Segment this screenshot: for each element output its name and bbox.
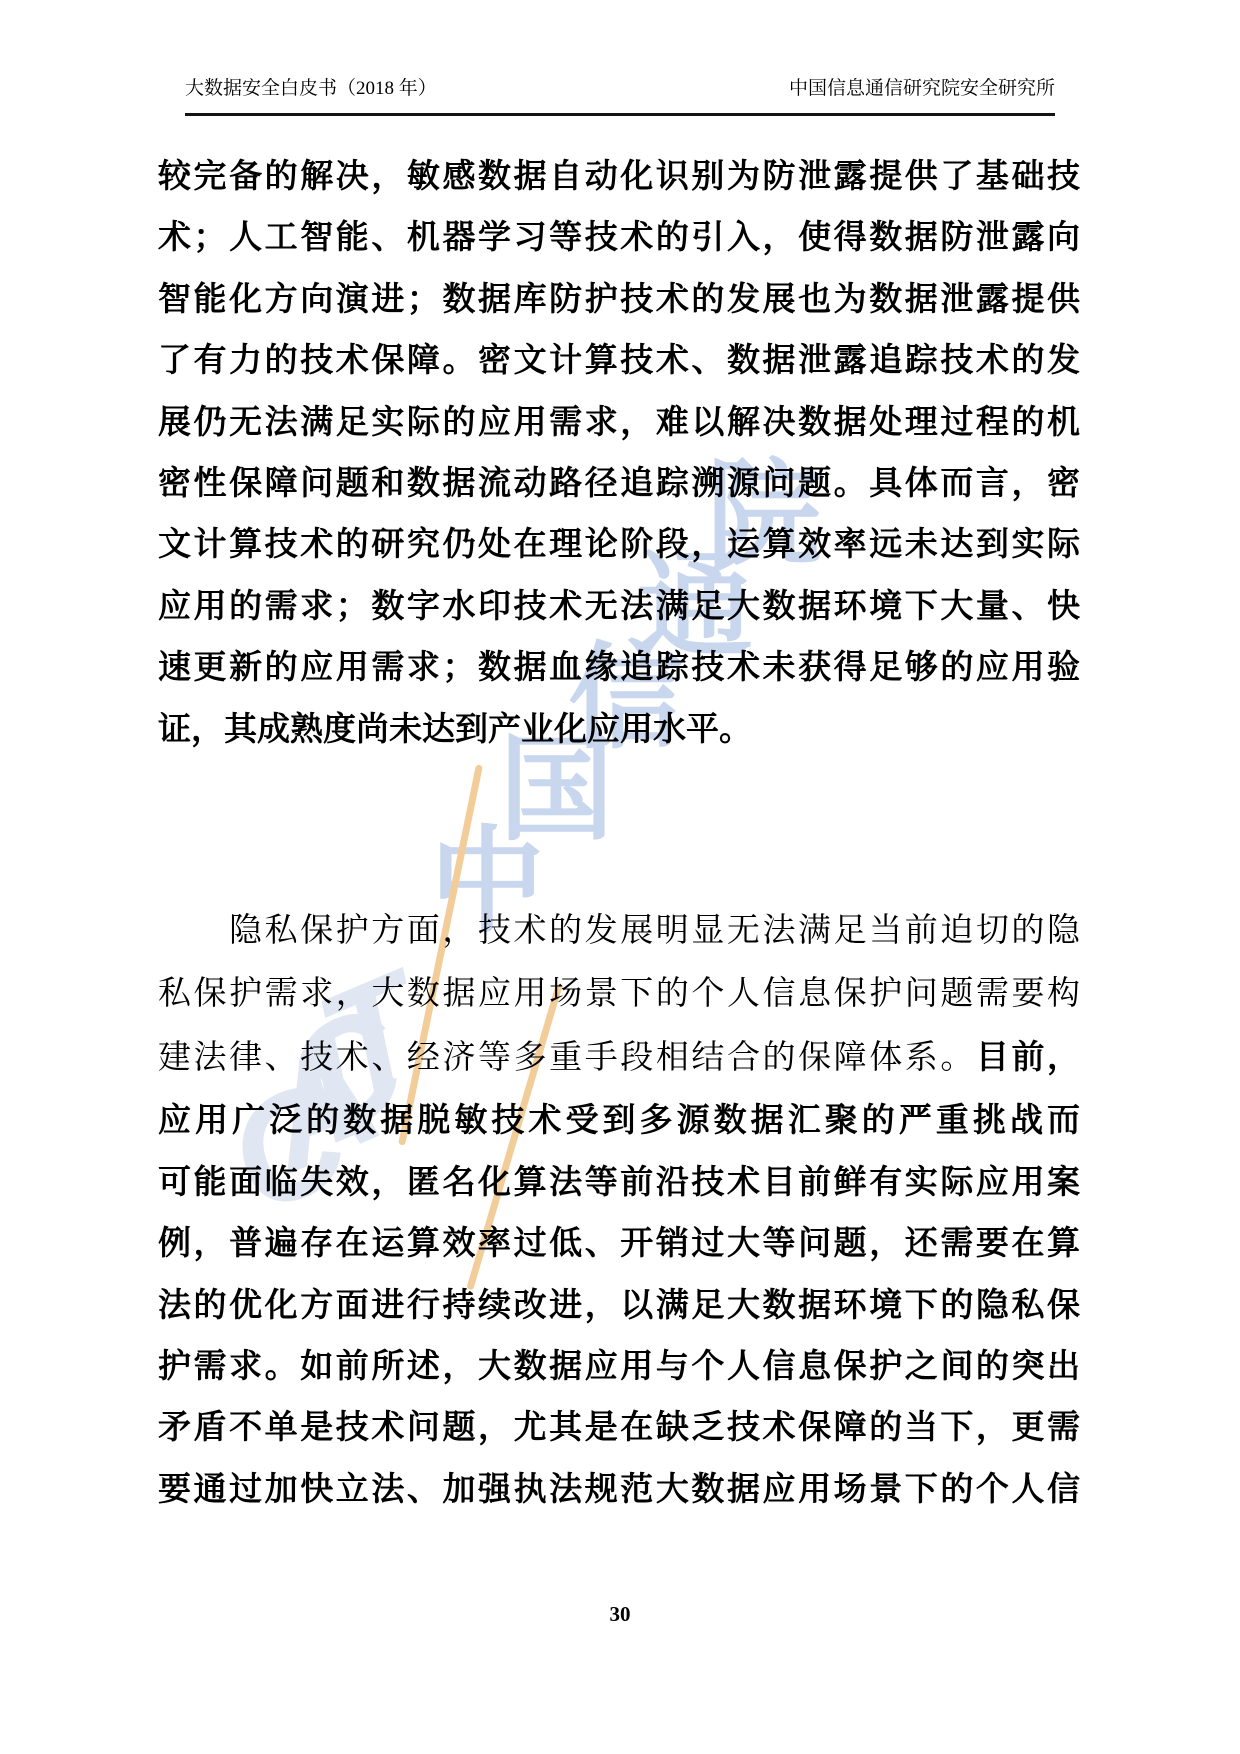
text-line: 较完备的解决，敏感数据自动化识别为防泄露提供了基础技 bbox=[158, 145, 1080, 206]
text-segment-hei: 护需求。如前所述，大数据应用与个人信息保护之间的突出 bbox=[158, 1347, 1080, 1384]
text-segment-hei: 了有力的技术保障。密文计算技术、数据泄露追踪技术的发 bbox=[158, 341, 1080, 378]
text-line: 智能化方向演进；数据库防护技术的发展也为数据泄露提供 bbox=[158, 268, 1080, 329]
body-paragraph: 隐私保护方面，技术的发展明显无法满足当前迫切的隐私保护需求，大数据应用场景下的个… bbox=[158, 899, 1080, 1519]
text-segment-hei: 法的优化方面进行持续改进，以满足大数据环境下的隐私保 bbox=[158, 1286, 1080, 1323]
body-text: 较完备的解决，敏感数据自动化识别为防泄露提供了基础技术；人工智能、机器学习等技术… bbox=[158, 145, 1080, 1519]
text-segment-hei: 可能面临失效，匿名化算法等前沿技术目前鲜有实际应用案 bbox=[158, 1163, 1080, 1200]
text-segment-hei: 密性保障问题和数据流动路径追踪溯源问题。具体而言，密 bbox=[158, 464, 1080, 501]
header-rule bbox=[185, 113, 1055, 116]
text-segment-kai: 建法律、技术、经济等多重手段相结合的保障体系。 bbox=[158, 1040, 976, 1076]
text-line: 例，普遍存在运算效率过低、开销过大等问题，还需要在算 bbox=[158, 1212, 1080, 1273]
text-segment-hei: 文计算技术的研究仍处在理论阶段，运算效率远未达到实际 bbox=[158, 525, 1080, 562]
text-segment-hei: 展仍无法满足实际的应用需求，难以解决数据处理过程的机 bbox=[158, 403, 1080, 440]
header-right-title: 中国信息通信研究院安全研究所 bbox=[789, 76, 1055, 102]
text-line: 隐私保护方面，技术的发展明显无法满足当前迫切的隐 bbox=[158, 899, 1080, 962]
text-segment-kai: 私保护需求，大数据应用场景下的个人信息保护问题需要构 bbox=[158, 976, 1080, 1012]
text-segment-hei: 例，普遍存在运算效率过低、开销过大等问题，还需要在算 bbox=[158, 1224, 1080, 1261]
page-number: 30 bbox=[0, 1602, 1240, 1627]
text-segment-kai: 隐私保护方面，技术的发展明显无法满足当前迫切的隐 bbox=[229, 913, 1080, 949]
header-left-title: 大数据安全白皮书（2018 年） bbox=[185, 76, 437, 102]
text-segment-hei: 目前， bbox=[976, 1038, 1080, 1075]
text-line: 私保护需求，大数据应用场景下的个人信息保护问题需要构 bbox=[158, 962, 1080, 1025]
text-segment-hei: 要通过加快立法、加强执法规范大数据应用场景下的个人信 bbox=[158, 1470, 1080, 1507]
text-segment-hei: 证，其成熟度尚未达到产业化应用水平。 bbox=[158, 710, 752, 747]
text-segment-hei: 应用广泛的数据脱敏技术受到多源数据汇聚的严重挑战而 bbox=[158, 1101, 1080, 1138]
text-line: 速更新的应用需求；数据血缘追踪技术未获得足够的应用验 bbox=[158, 636, 1080, 697]
text-line: 可能面临失效，匿名化算法等前沿技术目前鲜有实际应用案 bbox=[158, 1151, 1080, 1212]
text-line: 文计算技术的研究仍处在理论阶段，运算效率远未达到实际 bbox=[158, 513, 1080, 574]
text-segment-hei: 速更新的应用需求；数据血缘追踪技术未获得足够的应用验 bbox=[158, 648, 1080, 685]
text-line: 了有力的技术保障。密文计算技术、数据泄露追踪技术的发 bbox=[158, 329, 1080, 390]
text-segment-hei: 术；人工智能、机器学习等技术的引入，使得数据防泄露向 bbox=[158, 218, 1080, 255]
text-segment-hei: 较完备的解决，敏感数据自动化识别为防泄露提供了基础技 bbox=[158, 157, 1080, 194]
text-segment-hei: 智能化方向演进；数据库防护技术的发展也为数据泄露提供 bbox=[158, 280, 1080, 317]
text-line: 术；人工智能、机器学习等技术的引入，使得数据防泄露向 bbox=[158, 206, 1080, 267]
document-page: CAICT中国信通院 大数据安全白皮书（2018 年） 中国信息通信研究院安全研… bbox=[0, 0, 1240, 1754]
text-line: 应用广泛的数据脱敏技术受到多源数据汇聚的严重挑战而 bbox=[158, 1089, 1080, 1150]
text-line: 护需求。如前所述，大数据应用与个人信息保护之间的突出 bbox=[158, 1335, 1080, 1396]
text-line: 密性保障问题和数据流动路径追踪溯源问题。具体而言，密 bbox=[158, 452, 1080, 513]
body-paragraph: 较完备的解决，敏感数据自动化识别为防泄露提供了基础技术；人工智能、机器学习等技术… bbox=[158, 145, 1080, 759]
text-line: 矛盾不单是技术问题，尤其是在缺乏技术保障的当下，更需 bbox=[158, 1396, 1080, 1457]
text-segment-hei: 矛盾不单是技术问题，尤其是在缺乏技术保障的当下，更需 bbox=[158, 1408, 1080, 1445]
text-segment-hei: 应用的需求；数字水印技术无法满足大数据环境下大量、快 bbox=[158, 587, 1080, 624]
page-header: 大数据安全白皮书（2018 年） 中国信息通信研究院安全研究所 bbox=[185, 76, 1055, 102]
text-line: 证，其成熟度尚未达到产业化应用水平。 bbox=[158, 698, 1080, 759]
text-line: 要通过加快立法、加强执法规范大数据应用场景下的个人信 bbox=[158, 1458, 1080, 1519]
text-line: 建法律、技术、经济等多重手段相结合的保障体系。目前， bbox=[158, 1026, 1080, 1089]
text-line: 展仍无法满足实际的应用需求，难以解决数据处理过程的机 bbox=[158, 391, 1080, 452]
text-line: 应用的需求；数字水印技术无法满足大数据环境下大量、快 bbox=[158, 575, 1080, 636]
text-line: 法的优化方面进行持续改进，以满足大数据环境下的隐私保 bbox=[158, 1274, 1080, 1335]
